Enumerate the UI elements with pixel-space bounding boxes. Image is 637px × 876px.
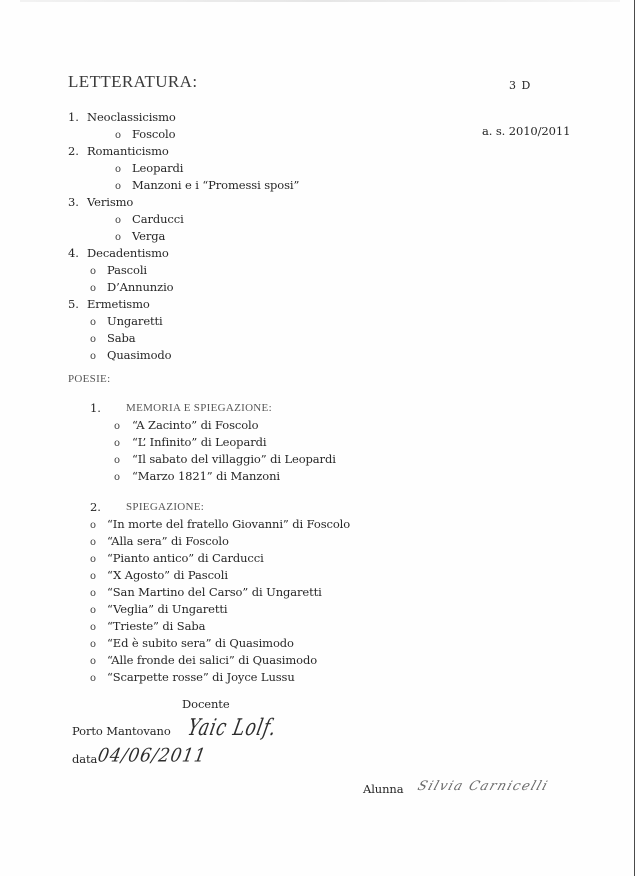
docente-label: Docente	[182, 697, 230, 711]
author-item: Leopardi	[132, 161, 183, 175]
bullet-icon: o	[115, 231, 121, 245]
poem-item: “Pianto antico” di Carducci	[107, 551, 264, 565]
poem-item: “Veglia” di Ungaretti	[107, 602, 228, 616]
poesie-section-number: 1.	[90, 401, 101, 415]
bullet-icon: o	[90, 570, 96, 584]
docente-signature: Yaic Lolf.	[185, 715, 279, 742]
movement-heading: Verismo	[87, 195, 133, 209]
school-year: a. s. 2010/2011	[482, 124, 570, 138]
poesie-section-heading: SPIEGAZIONE:	[126, 501, 204, 513]
bullet-icon: o	[90, 655, 96, 669]
author-item: Verga	[132, 229, 165, 243]
poem-item: “San Martino del Carso” di Ungaretti	[107, 585, 322, 599]
bullet-icon: o	[114, 454, 120, 468]
bullet-icon: o	[90, 282, 96, 296]
bullet-icon: o	[90, 587, 96, 601]
section-number: 4.	[68, 246, 79, 260]
poem-item: “L’ Infinito” di Leopardi	[132, 435, 266, 449]
poem-item: “Ed è subito sera” di Quasimodo	[107, 636, 294, 650]
poem-item: “In morte del fratello Giovanni” di Fosc…	[107, 517, 350, 531]
section-number: 3.	[68, 195, 79, 209]
author-item: D’Annunzio	[107, 280, 173, 294]
bullet-icon: o	[90, 519, 96, 533]
bullet-icon: o	[90, 333, 96, 347]
author-item: Saba	[107, 331, 136, 345]
movement-heading: Ermetismo	[87, 297, 150, 311]
author-item: Pascoli	[107, 263, 147, 277]
bullet-icon: o	[90, 316, 96, 330]
author-item: Quasimodo	[107, 348, 171, 362]
scanned-page: LETTERATURA: 3 D a. s. 2010/2011 POESIE:…	[0, 0, 637, 876]
movement-heading: Romanticismo	[87, 144, 169, 158]
bullet-icon: o	[90, 672, 96, 686]
date-label: data	[72, 752, 97, 766]
movement-heading: Decadentismo	[87, 246, 169, 260]
class-label: 3 D	[509, 79, 531, 93]
bullet-icon: o	[90, 638, 96, 652]
author-item: Ungaretti	[107, 314, 163, 328]
bullet-icon: o	[114, 420, 120, 434]
author-item: Carducci	[132, 212, 184, 226]
poem-item: “X Agosto” di Pascoli	[107, 568, 228, 582]
bullet-icon: o	[115, 163, 121, 177]
bullet-icon: o	[90, 265, 96, 279]
poesie-section-number: 2.	[90, 500, 101, 514]
bullet-icon: o	[115, 129, 121, 143]
bullet-icon: o	[90, 536, 96, 550]
page-title: LETTERATURA:	[68, 72, 197, 92]
place-label: Porto Mantovano	[72, 724, 171, 738]
poem-item: “A Zacinto” di Foscolo	[132, 418, 258, 432]
section-number: 1.	[68, 110, 79, 124]
author-item: Foscolo	[132, 127, 175, 141]
bullet-icon: o	[114, 437, 120, 451]
bullet-icon: o	[115, 180, 121, 194]
author-item: Manzoni e i “Promessi sposi”	[132, 178, 299, 192]
poesie-title: POESIE:	[68, 373, 110, 385]
poem-item: “Marzo 1821” di Manzoni	[132, 469, 280, 483]
poem-item: “Il sabato del villaggio” di Leopardi	[132, 452, 336, 466]
poem-item: “Trieste” di Saba	[107, 619, 205, 633]
bullet-icon: o	[90, 553, 96, 567]
section-number: 2.	[68, 144, 79, 158]
bullet-icon: o	[114, 471, 120, 485]
scan-top-edge	[20, 0, 620, 2]
alunna-signature: Silvia Carnicelli	[416, 779, 551, 794]
bullet-icon: o	[90, 621, 96, 635]
poem-item: “Scarpette rosse” di Joyce Lussu	[107, 670, 295, 684]
bullet-icon: o	[115, 214, 121, 228]
section-number: 5.	[68, 297, 79, 311]
date-handwritten: 04/06/2011	[96, 745, 208, 767]
scan-right-edge	[634, 0, 635, 876]
poesie-section-heading: MEMORIA E SPIEGAZIONE:	[126, 402, 272, 414]
poem-item: “Alle fronde dei salici” di Quasimodo	[107, 653, 317, 667]
alunna-label: Alunna	[363, 782, 403, 796]
bullet-icon: o	[90, 604, 96, 618]
movement-heading: Neoclassicismo	[87, 110, 176, 124]
poem-item: “Alla sera” di Foscolo	[107, 534, 229, 548]
bullet-icon: o	[90, 350, 96, 364]
